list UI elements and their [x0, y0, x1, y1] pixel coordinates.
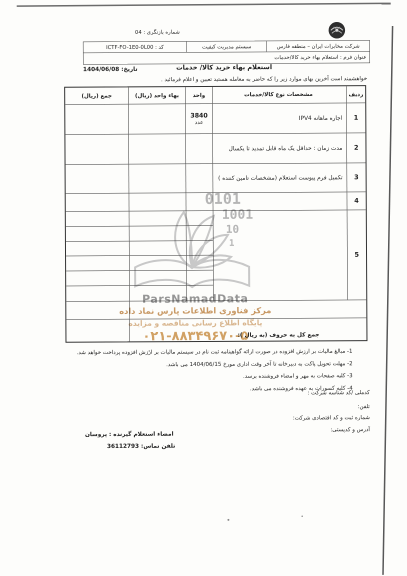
- item-unit-cell: [186, 256, 213, 271]
- scan-top-edge-line: [17, 3, 391, 7]
- table-row: 4: [66, 192, 366, 212]
- item-unit-cell: [186, 241, 213, 256]
- item-unit-cell: 3840 عدد: [185, 104, 212, 134]
- form-code: کد : ICTF-FO-1E0-0L00: [83, 42, 186, 53]
- item-description: مدت زمان : حداقل یک ماه قابل تمدید تا یک…: [212, 133, 346, 163]
- quality-system-label: سیستم مدیریت کیفیت: [186, 41, 266, 52]
- total-cell: [66, 211, 129, 226]
- scan-speck: [227, 519, 229, 521]
- unit-price-cell: [129, 271, 186, 286]
- unit-price-cell: [129, 256, 186, 271]
- unit-price-cell: [129, 226, 186, 241]
- header-row-number: ردیف: [346, 86, 365, 103]
- total-cell: [66, 193, 129, 211]
- address-field-label: آدرس و کدپستی:: [330, 426, 370, 433]
- row-number: 4: [347, 192, 366, 210]
- item-quantity: 3840: [190, 111, 207, 119]
- document-date: تاریخ: 1404/06/08: [83, 65, 137, 72]
- table-row: 2 مدت زمان : حداقل یک ماه قابل تمدید تا …: [65, 133, 365, 165]
- note-item: 4- کلیه کسورات به عهده فروشنده می باشد.: [77, 382, 353, 396]
- table-row: 5: [66, 210, 366, 302]
- price-inquiry-table: ردیف مشخصات نوع کالا/خدمات واحد بهاء واح…: [64, 85, 367, 343]
- total-cell: [65, 134, 128, 164]
- table-row-empty: [66, 300, 366, 320]
- total-cell: [66, 256, 129, 271]
- row-number: 2: [346, 133, 365, 163]
- scanned-document-page: شماره بازنگری : 04 شرکت مخابرات ایران – …: [0, 0, 407, 576]
- item-unit-cell: [186, 271, 213, 286]
- unit-price-cell: [129, 286, 186, 301]
- note-item: 3- کلیه صفحات به مهر و امضاء فروشنده برس…: [77, 370, 353, 384]
- request-intro-text: خواهشمند است آخرین بهای موارد زیر را که …: [161, 75, 367, 83]
- unit-price-cell: [129, 241, 186, 256]
- total-cell: [66, 301, 129, 319]
- row5-price-subgrid: [66, 211, 213, 301]
- note-item: 1- مبالغ مالیات بر ارزش افزوده در صورت ا…: [77, 345, 353, 359]
- item-unit-word: عدد: [195, 119, 204, 126]
- item-description: [213, 192, 347, 210]
- unit-price-cell: [129, 211, 186, 226]
- company-name: شرکت مخابرات ایران – منطقه فارس: [266, 41, 369, 52]
- row-number: 5: [347, 210, 366, 300]
- document-title: استعلام بهاء خرید کالا/ خدمات: [164, 64, 284, 72]
- form-title-row: عنوان فرم : استعلام بهاء خرید کالا/خدمات: [83, 52, 369, 64]
- item-description: تکمیل فرم پیوست استعلام (مشخصات تامین کن…: [213, 163, 347, 192]
- grand-total-cell: [66, 319, 129, 341]
- form-header-box: شرکت مخابرات ایران – منطقه فارس سیستم مد…: [83, 40, 370, 65]
- item-unit-cell: [186, 286, 213, 301]
- revision-number-label: شماره بازنگری : 04: [120, 29, 195, 35]
- header-total: جمع (ریال): [65, 87, 128, 104]
- header-unit-price: بهاء واحد (ریال): [128, 87, 185, 104]
- table-row: 3 تکمیل فرم پیوست استعلام (مشخصات تامین …: [66, 163, 366, 194]
- telecom-company-emblem-icon: [327, 20, 347, 40]
- item-unit-cell: [186, 211, 213, 226]
- item-unit-cell: [186, 226, 213, 241]
- total-cell: [66, 164, 129, 193]
- merged-cell: [129, 300, 366, 319]
- grand-total-label: جمع کل به حروف (به ریال ):: [129, 318, 366, 341]
- row-number: 3: [347, 163, 366, 192]
- row-number: 1: [346, 103, 365, 133]
- notes-list: 1- مبالغ مالیات بر ارزش افزوده در صورت ا…: [77, 345, 353, 395]
- item-description: [213, 210, 347, 300]
- total-cell: [66, 271, 129, 286]
- contact-phone-line: تلفن تماس: 36112793: [107, 442, 175, 449]
- unit-price-cell: [129, 164, 186, 193]
- item-unit-cell: [185, 134, 212, 164]
- total-cell: [65, 104, 128, 134]
- phone-field-label: تلفن:: [358, 403, 370, 410]
- total-cell: [66, 286, 129, 301]
- inquiry-signer-line: امضاء استعلام گیرنده : پروسان: [85, 430, 174, 437]
- header-specifications: مشخصات نوع کالا/خدمات: [212, 86, 346, 103]
- scan-right-edge-line: [382, 26, 393, 575]
- table-row: 1 اجاره ماهانه IPV4 3840 عدد: [65, 103, 365, 135]
- item-description: اجاره ماهانه IPV4: [212, 103, 346, 133]
- item-unit-cell: [186, 193, 213, 211]
- scan-speck: [301, 515, 303, 517]
- total-cell: [66, 241, 129, 256]
- grand-total-row: جمع کل به حروف (به ریال ):: [66, 318, 366, 342]
- unit-price-cell: [129, 193, 186, 211]
- unit-price-cell: [128, 104, 185, 134]
- table-header-row: ردیف مشخصات نوع کالا/خدمات واحد بهاء واح…: [65, 86, 365, 105]
- registration-field-label: شماره ثبت و کد اقتصادی شرکت:: [293, 414, 370, 421]
- item-unit-cell: [186, 164, 213, 193]
- header-unit: واحد: [185, 87, 212, 104]
- total-cell: [66, 226, 129, 241]
- unit-price-cell: [128, 134, 185, 164]
